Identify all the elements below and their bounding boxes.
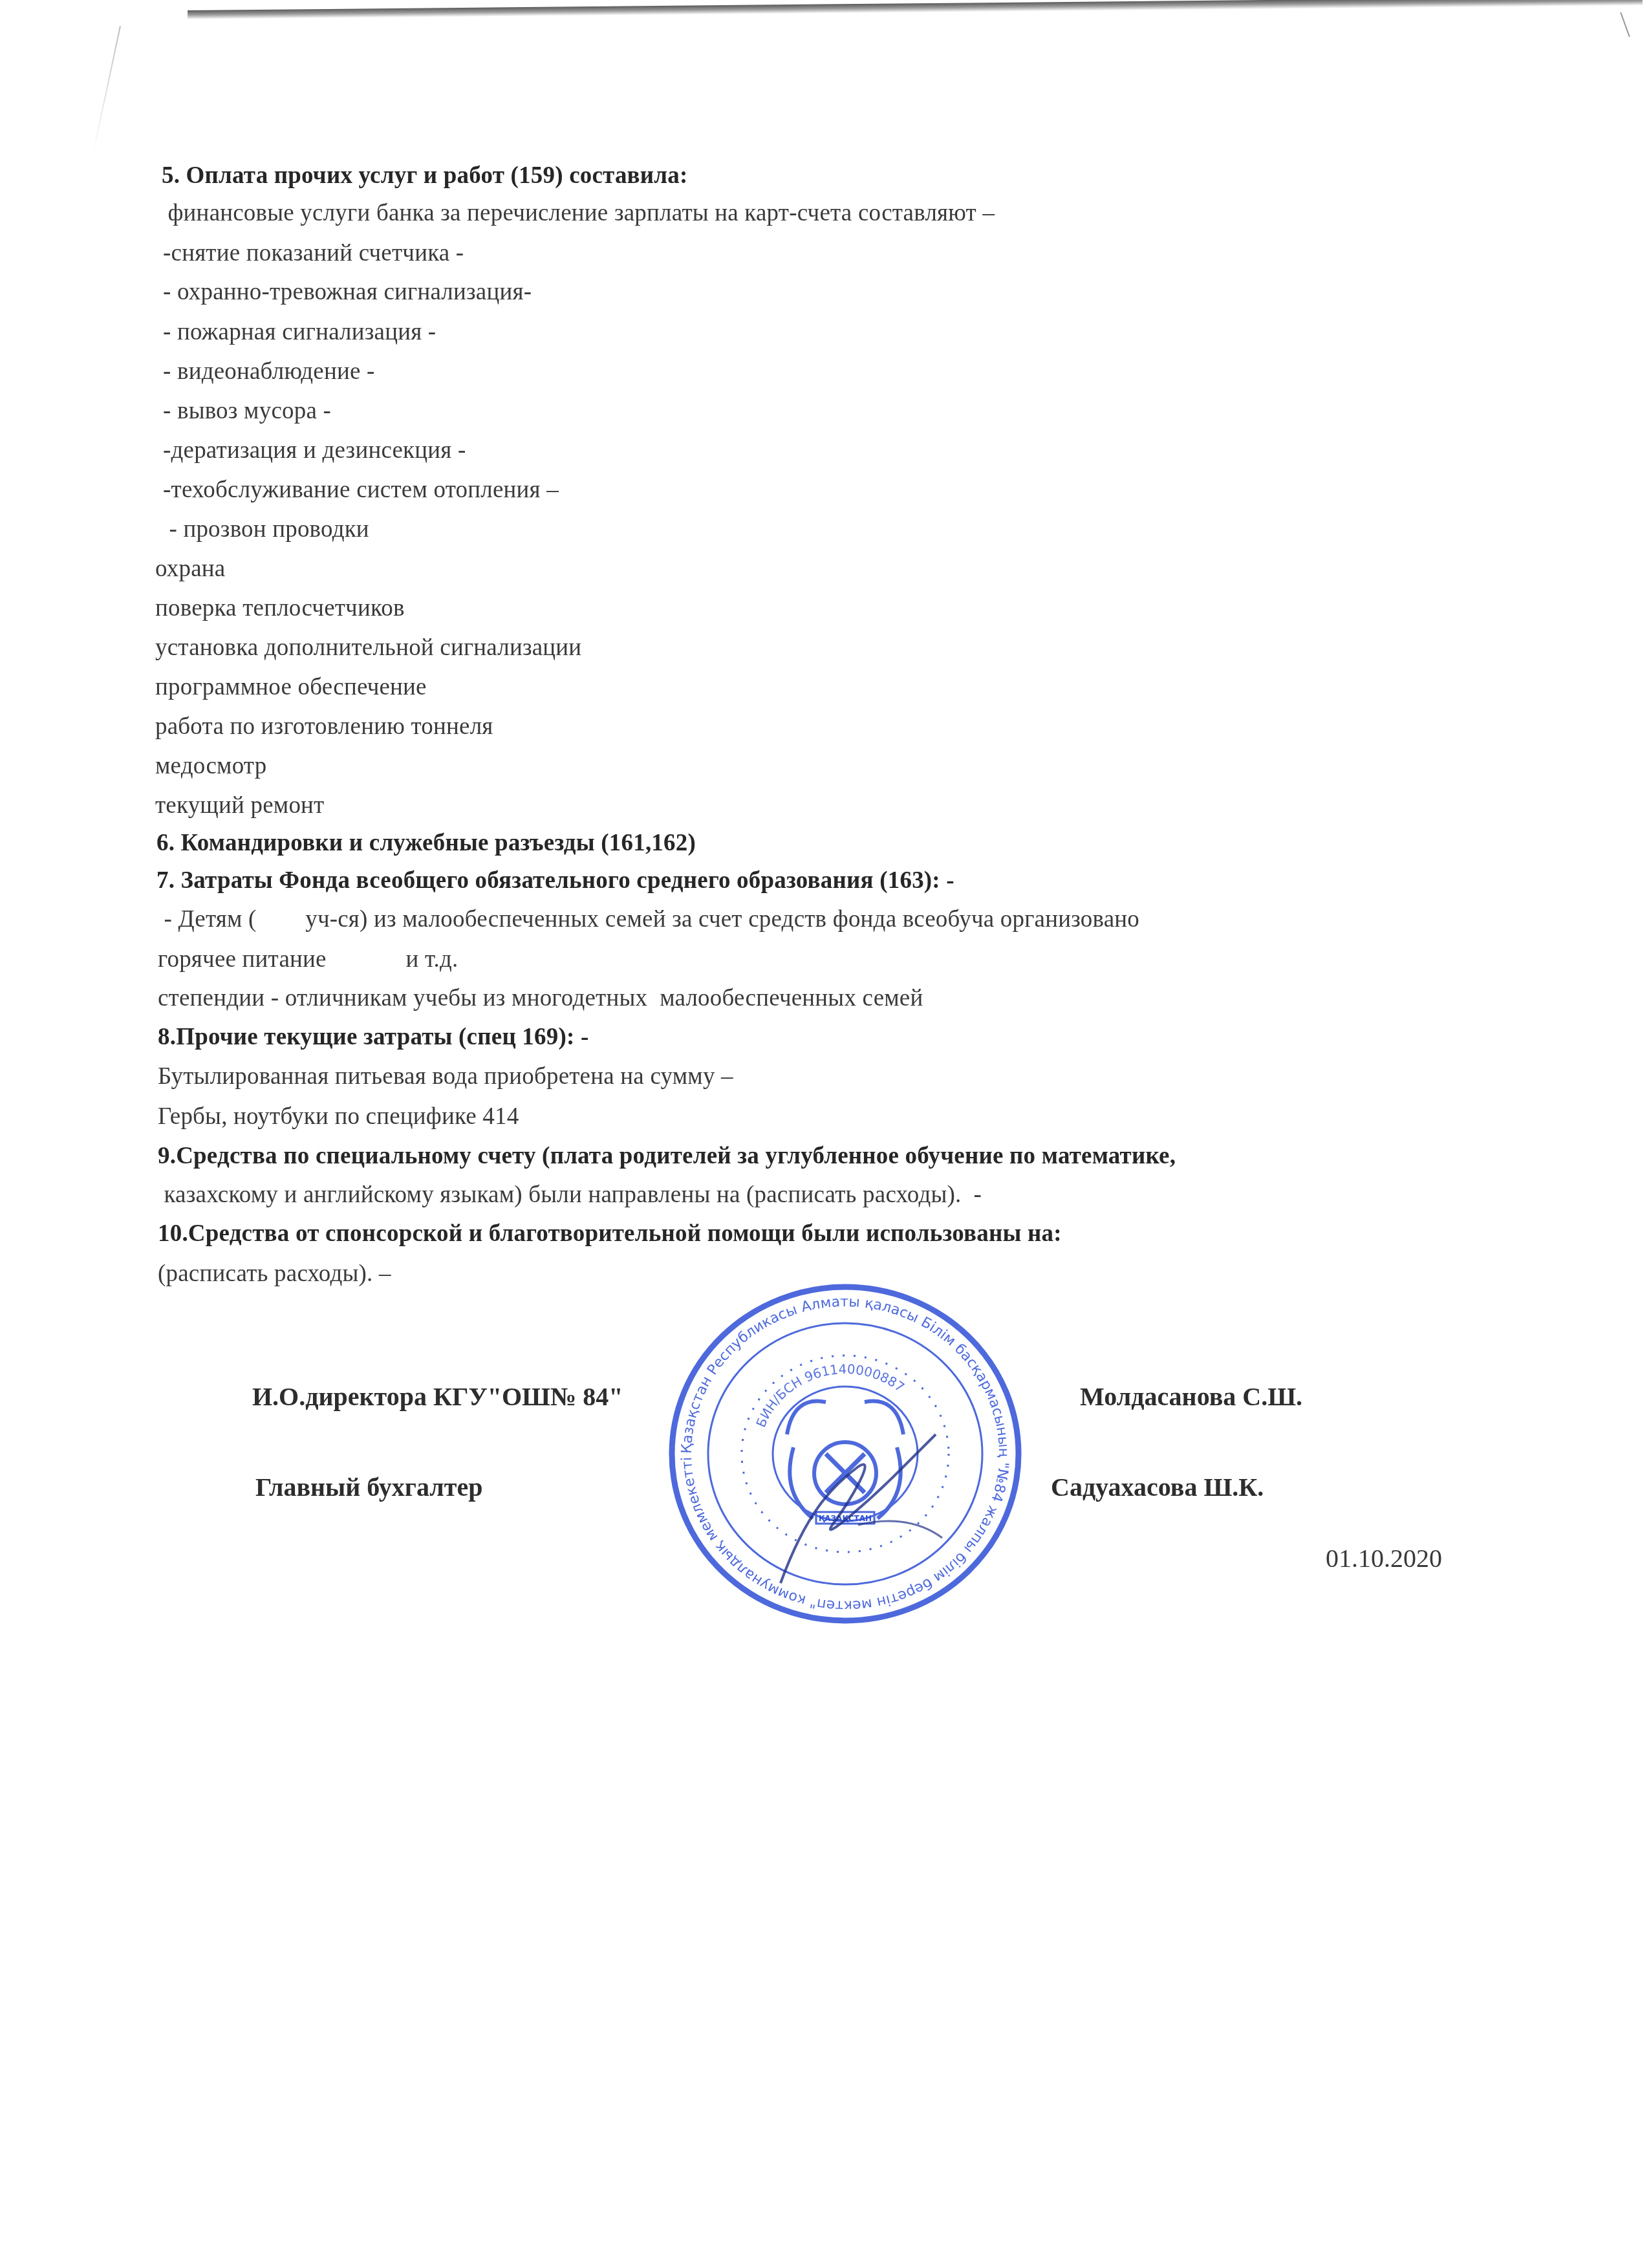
scan-shadow-top: [188, 0, 1643, 19]
list-item: казахскому и английскому языкам) были на…: [158, 1181, 982, 1209]
list-item: - видеонаблюдение -: [163, 358, 375, 386]
list-item: -дератизация и дезинсекция -: [163, 437, 466, 465]
section-heading-6: 6. Командировки и служебные разъезды (16…: [156, 829, 696, 858]
list-item: - охранно-тревожная сигнализация-: [163, 278, 532, 307]
list-item: медосмотр: [155, 752, 266, 781]
svg-text:БИН/БСН 961140000887: БИН/БСН 961140000887: [753, 1361, 907, 1430]
section-heading-7: 7. Затраты Фонда всеобщего обязательного…: [156, 867, 954, 895]
signature-role-director: И.О.директора КГУ"ОШ№ 84": [252, 1381, 623, 1412]
section-heading-8: 8.Прочие текущие затраты (спец 169): -: [158, 1023, 588, 1052]
list-item: - Детям ( уч-ся) из малообеспеченных сем…: [158, 905, 1139, 934]
signature-role-accountant: Главный бухгалтер: [255, 1472, 482, 1502]
signature-name-director: Молдасанова С.Ш.: [1080, 1381, 1302, 1412]
list-item: программное обеспечение: [155, 673, 427, 702]
list-item: -техобслуживание систем отопления –: [163, 476, 559, 504]
section-heading-10: 10.Средства от спонсорской и благотворит…: [158, 1220, 1062, 1248]
list-item: - пожарная сигнализация -: [163, 318, 436, 347]
section-heading-9: 9.Средства по специальному счету (плата …: [158, 1142, 1176, 1171]
list-item: - прозвон проводки: [163, 515, 369, 544]
list-item: (расписать расходы). –: [158, 1260, 391, 1288]
list-item: Гербы, ноутбуки по специфике 414: [158, 1103, 519, 1131]
list-item: поверка теплосчетчиков: [155, 594, 405, 623]
list-item: работа по изготовлению тоннеля: [155, 713, 493, 741]
list-item: горячее питание и т.д.: [158, 945, 458, 974]
document-date: 01.10.2020: [1326, 1543, 1442, 1573]
list-item: Бутылированная питьевая вода приобретена…: [158, 1063, 733, 1091]
list-item: степендии - отличникам учебы из многодет…: [158, 984, 923, 1013]
list-item: финансовые услуги банка за перечисление …: [162, 199, 995, 228]
list-item: установка дополнительной сигнализации: [155, 634, 581, 662]
scan-shadow-right: [1620, 12, 1630, 37]
list-item: -снятие показаний счетчика -: [163, 239, 464, 268]
scan-shadow-left: [92, 26, 121, 153]
section-heading-5: 5. Оплата прочих услуг и работ (159) сос…: [162, 162, 687, 190]
list-item: охрана: [155, 555, 225, 583]
list-item: текущий ремонт: [155, 792, 325, 820]
list-item: - вывоз мусора -: [163, 397, 331, 426]
signature-name-accountant: Садуахасова Ш.К.: [1051, 1472, 1264, 1502]
official-stamp-icon: Қазақстан Республикасы Алматы қаласы Біл…: [664, 1279, 1026, 1628]
